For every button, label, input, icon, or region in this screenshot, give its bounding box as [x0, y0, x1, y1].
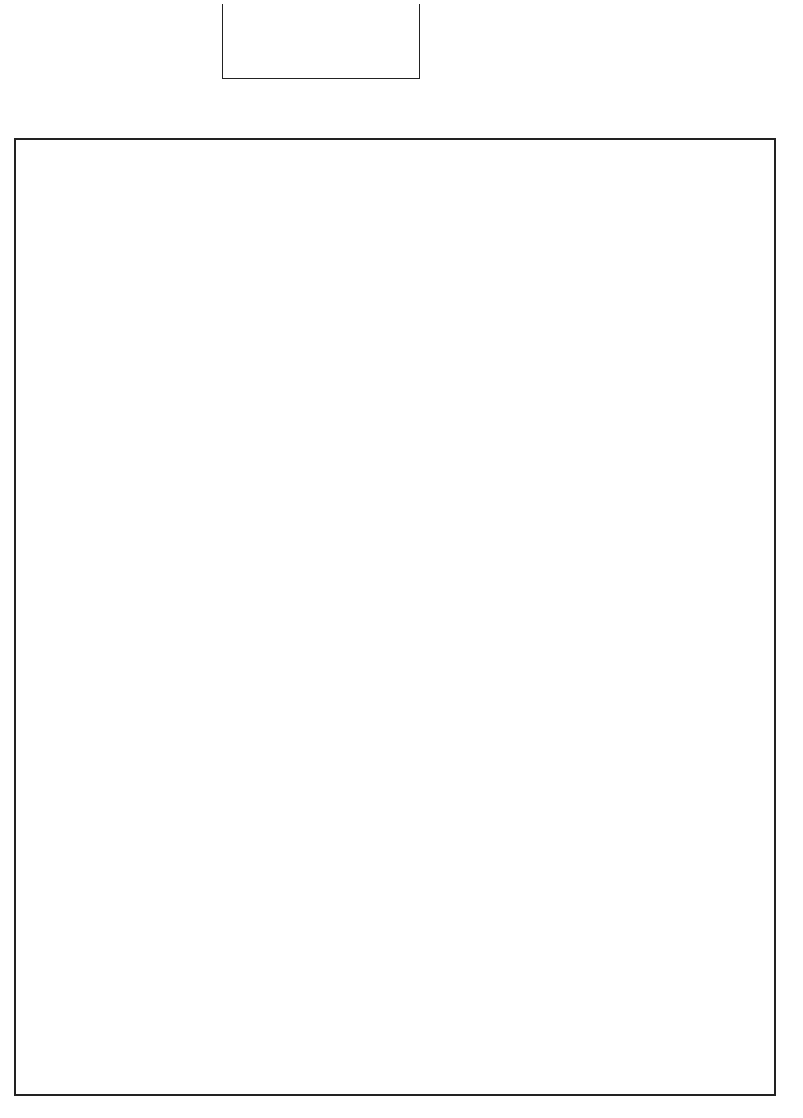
journal-entries: [0, 0, 803, 1118]
signature-field[interactable]: [470, 1062, 770, 1090]
